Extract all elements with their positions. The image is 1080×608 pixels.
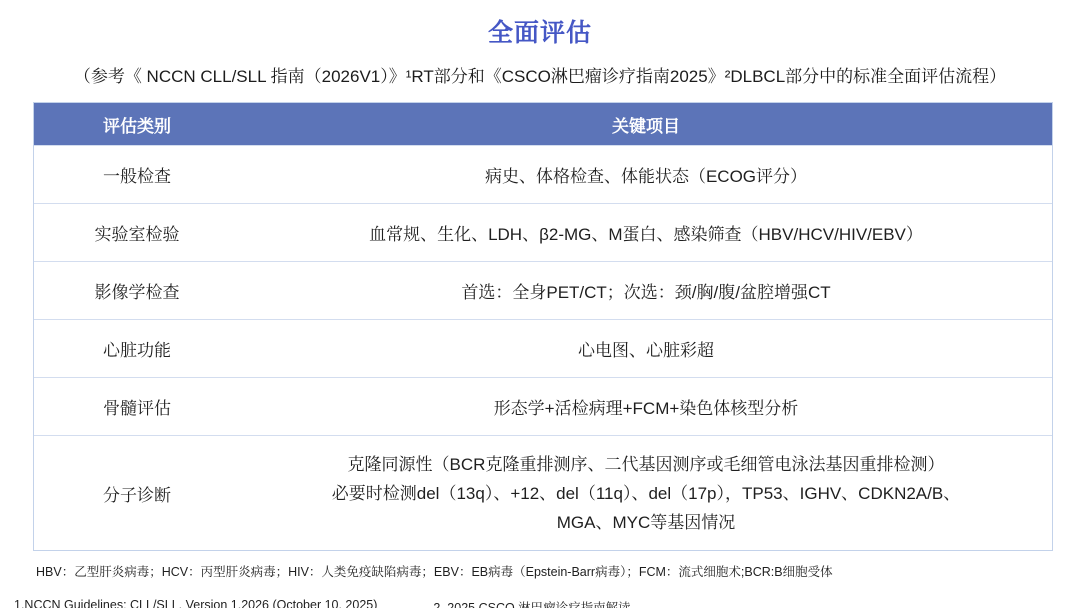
assessment-table: 评估类别 关键项目 一般检查 病史、体格检查、体能状态（ECOG评分） 实验室检… (33, 102, 1053, 551)
table-row: 实验室检验 血常规、生化、LDH、β2-MG、M蛋白、感染筛查（HBV/HCV/… (34, 203, 1052, 261)
footnote-ref-1: 1.NCCN Guidelines: CLL/SLL, Version 1.20… (14, 598, 377, 608)
row-value: 血常规、生化、LDH、β2-MG、M蛋白、感染筛查（HBV/HCV/HIV/EB… (240, 220, 1052, 245)
header-category: 评估类别 (34, 112, 240, 137)
row-value: 克隆同源性（BCR克隆重排测序、二代基因测序或毛细管电泳法基因重排检测） 必要时… (240, 450, 1052, 537)
row-value: 病史、体格检查、体能状态（ECOG评分） (240, 162, 1052, 187)
row-value-line: 克隆同源性（BCR克隆重排测序、二代基因测序或毛细管电泳法基因重排检测） (240, 450, 1052, 479)
table-row: 一般检查 病史、体格检查、体能状态（ECOG评分） (34, 145, 1052, 203)
row-value: 形态学+活检病理+FCM+染色体核型分析 (240, 394, 1052, 419)
row-category: 一般检查 (34, 162, 240, 187)
row-category: 实验室检验 (34, 220, 240, 245)
page-subtitle: （参考《 NCCN CLL/SLL 指南（2026V1）》¹RT部分和《CSCO… (0, 62, 1080, 87)
row-category: 影像学检查 (34, 278, 240, 303)
header-key-items: 关键项目 (240, 112, 1052, 137)
footnote-references: 1.NCCN Guidelines: CLL/SLL, Version 1.20… (14, 598, 1080, 608)
table-header-row: 评估类别 关键项目 (34, 103, 1052, 145)
footnote-abbreviations: HBV：乙型肝炎病毒；HCV：丙型肝炎病毒；HIV：人类免疫缺陷病毒；EBV：E… (36, 562, 1080, 580)
table-row: 影像学检查 首选：全身PET/CT；次选：颈/胸/腹/盆腔增强CT (34, 261, 1052, 319)
row-value: 首选：全身PET/CT；次选：颈/胸/腹/盆腔增强CT (240, 278, 1052, 303)
row-value-line: 必要时检测del（13q）、+12、del（11q）、del（17p），TP53… (240, 479, 1052, 508)
row-category: 分子诊断 (34, 481, 240, 506)
table-row: 骨髓评估 形态学+活检病理+FCM+染色体核型分析 (34, 377, 1052, 435)
table-row: 分子诊断 克隆同源性（BCR克隆重排测序、二代基因测序或毛细管电泳法基因重排检测… (34, 435, 1052, 550)
table-row: 心脏功能 心电图、心脏彩超 (34, 319, 1052, 377)
page-title: 全面评估 (0, 0, 1080, 49)
row-category: 心脏功能 (34, 336, 240, 361)
row-value: 心电图、心脏彩超 (240, 336, 1052, 361)
footnote-ref-2: 2. 2025 CSCO 淋巴瘤诊疗指南解读 (433, 598, 630, 608)
row-value-line: MGA、MYC等基因情况 (240, 508, 1052, 537)
row-category: 骨髓评估 (34, 394, 240, 419)
